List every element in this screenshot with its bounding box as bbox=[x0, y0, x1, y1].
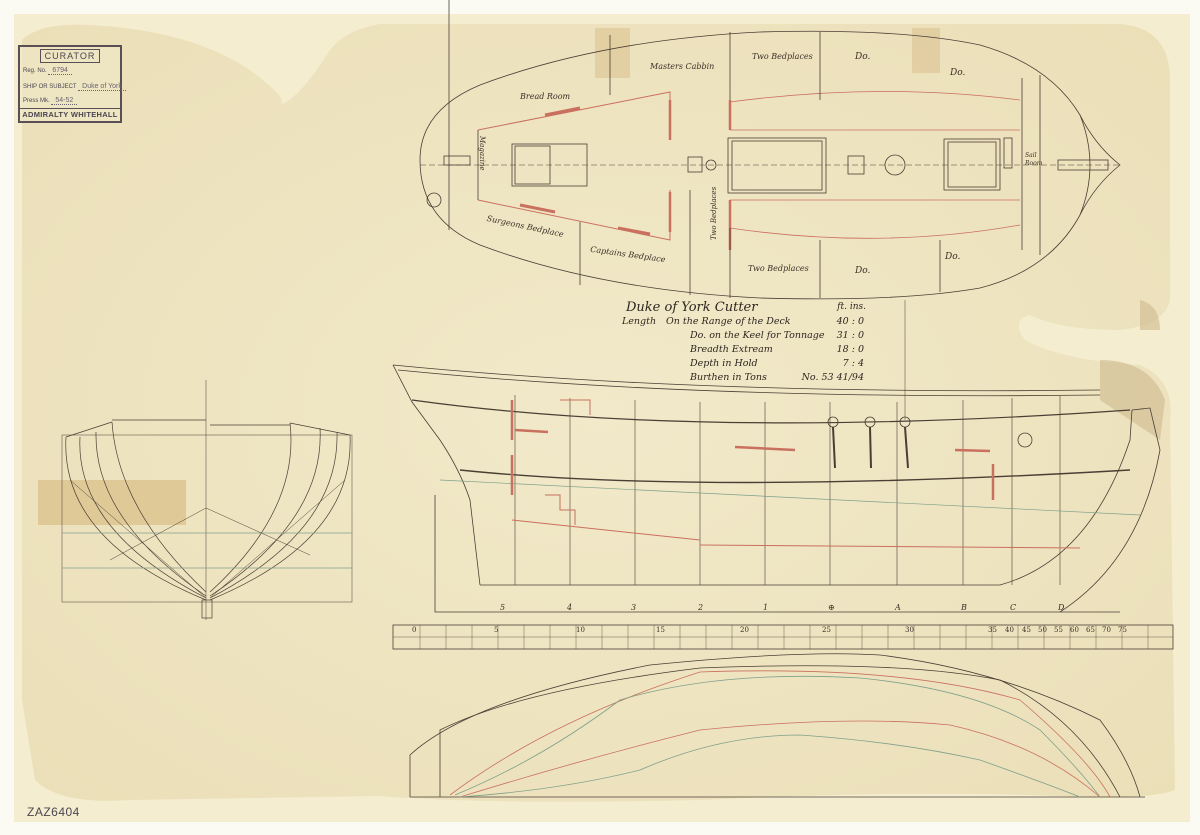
dimension-row: Breadth Extream 18 : 0 bbox=[620, 343, 870, 357]
scale-mark: 25 bbox=[822, 626, 831, 634]
station-label: C bbox=[1010, 603, 1016, 612]
scale-mark: 40 bbox=[1005, 626, 1014, 634]
dimension-row: Burthen in Tons No. 53 41/94 bbox=[620, 371, 870, 385]
dimension-length-label: Length bbox=[622, 315, 656, 329]
label-sail-room: Sail Room bbox=[1025, 152, 1047, 168]
dimension-label: Burthen in Tons bbox=[690, 371, 767, 385]
ship-plan-sheet: CURATOR Reg. No. 6794 SHIP OR SUBJECT Du… bbox=[0, 0, 1200, 835]
curator-stamp: CURATOR Reg. No. 6794 SHIP OR SUBJECT Du… bbox=[18, 45, 122, 123]
dimension-label: On the Range of the Deck bbox=[666, 315, 791, 329]
dimension-value: 31 : 0 bbox=[837, 329, 864, 343]
scale-mark: 50 bbox=[1038, 626, 1047, 634]
stamp-reg-row: Reg. No. 6794 bbox=[23, 67, 72, 74]
dimension-label: Depth in Hold bbox=[690, 357, 758, 371]
stamp-footer: ADMIRALTY WHITEHALL bbox=[20, 108, 120, 121]
dimension-value: 18 : 0 bbox=[837, 343, 864, 357]
dimension-row: Depth in Hold 7 : 4 bbox=[620, 357, 870, 371]
stamp-reg-label: Reg. No. bbox=[23, 68, 47, 74]
scale-mark: 0 bbox=[412, 626, 416, 634]
stamp-subject-value: Duke of York bbox=[78, 83, 126, 91]
label-masters-cabin: Masters Cabbin bbox=[650, 62, 714, 71]
label-ditto-2: Do. bbox=[950, 68, 965, 78]
reference-number: ZAZ6404 bbox=[27, 805, 80, 819]
label-two-bedplaces-top: Two Bedplaces bbox=[752, 52, 813, 61]
label-two-bedplaces-mid: Two Bedplaces bbox=[710, 187, 718, 240]
plan-drawing bbox=[0, 0, 1200, 835]
scale-mark: 35 bbox=[988, 626, 997, 634]
station-label: 1 bbox=[763, 603, 768, 612]
stamp-subject-label: SHIP OR SUBJECT bbox=[23, 84, 76, 90]
scale-mark: 55 bbox=[1054, 626, 1063, 634]
dimensions-table: Duke of York Cutter ft. ins. Length On t… bbox=[620, 300, 870, 385]
scale-mark: 75 bbox=[1118, 626, 1127, 634]
scale-mark: 65 bbox=[1086, 626, 1095, 634]
stamp-header: CURATOR bbox=[40, 49, 100, 63]
dimension-value: 7 : 4 bbox=[843, 357, 864, 371]
dimension-label: Do. on the Keel for Tonnage bbox=[690, 329, 825, 343]
station-label: 3 bbox=[631, 603, 636, 612]
scale-mark: 5 bbox=[494, 626, 498, 634]
label-ditto-3: Do. bbox=[855, 266, 870, 276]
stamp-press-value: 54-52 bbox=[51, 97, 77, 105]
scale-mark: 20 bbox=[740, 626, 749, 634]
dimension-row: Do. on the Keel for Tonnage 31 : 0 bbox=[620, 329, 870, 343]
stamp-reg-value: 6794 bbox=[48, 67, 72, 75]
dimensions-units: ft. ins. bbox=[837, 302, 866, 312]
dimensions-title: Duke of York Cutter bbox=[626, 300, 870, 315]
scale-mark: 15 bbox=[656, 626, 665, 634]
label-bread-room: Bread Room bbox=[520, 92, 570, 101]
stamp-press-row: Press Mk. 54-52 bbox=[23, 97, 77, 104]
scale-mark: 60 bbox=[1070, 626, 1079, 634]
scale-mark: 45 bbox=[1022, 626, 1031, 634]
dimension-value: 40 : 0 bbox=[837, 315, 864, 329]
label-ditto-4: Do. bbox=[945, 252, 960, 262]
paper-stained-area bbox=[22, 24, 1175, 802]
label-magazine: Magazine bbox=[478, 136, 486, 171]
label-ditto-1: Do. bbox=[855, 52, 870, 62]
station-label: A bbox=[895, 603, 901, 612]
dimension-value: No. 53 41/94 bbox=[802, 371, 864, 385]
scale-mark: 70 bbox=[1102, 626, 1111, 634]
station-label: ⊕ bbox=[828, 603, 835, 612]
scale-mark: 30 bbox=[905, 626, 914, 634]
station-label: B bbox=[961, 603, 967, 612]
stamp-press-label: Press Mk. bbox=[23, 98, 50, 104]
station-label: D bbox=[1058, 603, 1064, 612]
dimension-row: Length On the Range of the Deck 40 : 0 bbox=[620, 315, 870, 329]
dimension-label: Breadth Extream bbox=[690, 343, 773, 357]
stamp-subject-row: SHIP OR SUBJECT Duke of York bbox=[23, 83, 126, 90]
scale-mark: 10 bbox=[576, 626, 585, 634]
label-two-bedplaces-bottom: Two Bedplaces bbox=[748, 264, 809, 273]
station-label: 5 bbox=[500, 603, 505, 612]
station-label: 4 bbox=[567, 603, 572, 612]
station-label: 2 bbox=[698, 603, 703, 612]
